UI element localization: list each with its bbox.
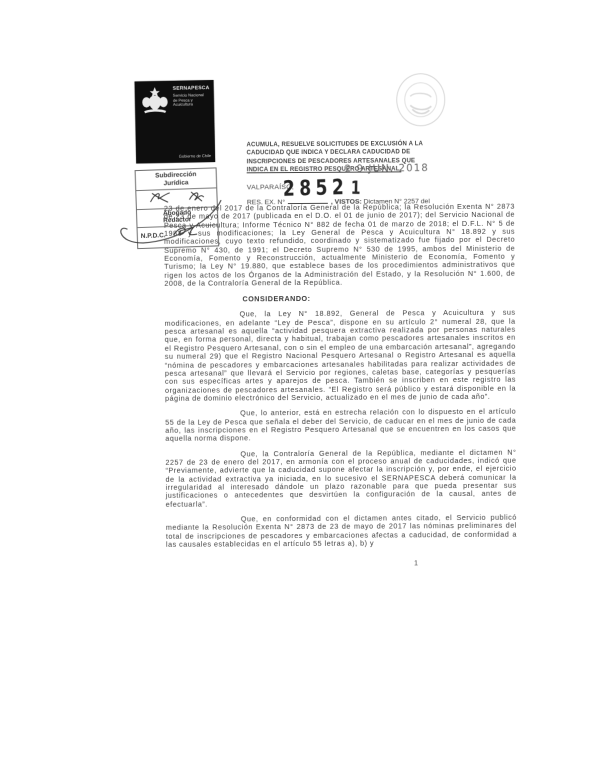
round-seal-icon <box>396 73 445 126</box>
approval-initials: N.P.D.C. <box>141 233 166 241</box>
page-number: 1 <box>414 560 418 567</box>
date-stamp: 2 9 JUN. 2018 <box>345 163 429 175</box>
letterhead-line-3: Acuicultura <box>173 102 211 107</box>
considerando-heading: CONSIDERANDO: <box>242 293 515 304</box>
considerando-paragraph-4: Que, en conformidad con el dictamen ante… <box>166 514 517 550</box>
considerando-paragraph-2: Que, lo anterior, está en estrecha relac… <box>165 408 516 444</box>
letterhead-logo: SERNAPESCA Servicio Nacional de Pesca y … <box>135 80 216 164</box>
vistos-paragraph: 23 de enero del 2017 de la Contraloría G… <box>164 203 516 289</box>
letterhead-text: SERNAPESCA Servicio Nacional de Pesca y … <box>173 86 211 108</box>
considerando-paragraph-1: Que, la Ley N° 18.892, General de Pesca … <box>165 309 517 403</box>
document-sheet: SERNAPESCA Servicio Nacional de Pesca y … <box>0 0 600 776</box>
coat-of-arms-icon <box>140 86 171 117</box>
scanned-document-page: SERNAPESCA Servicio Nacional de Pesca y … <box>0 0 600 776</box>
letterhead-acronym: SERNAPESCA <box>173 86 211 92</box>
document-body: 23 de enero del 2017 de la Contraloría G… <box>164 203 517 557</box>
letterhead-footer: Gobierno de Chile <box>179 153 211 159</box>
considerando-paragraph-3: Que, la Contraloría General de la Repúbl… <box>165 448 516 509</box>
